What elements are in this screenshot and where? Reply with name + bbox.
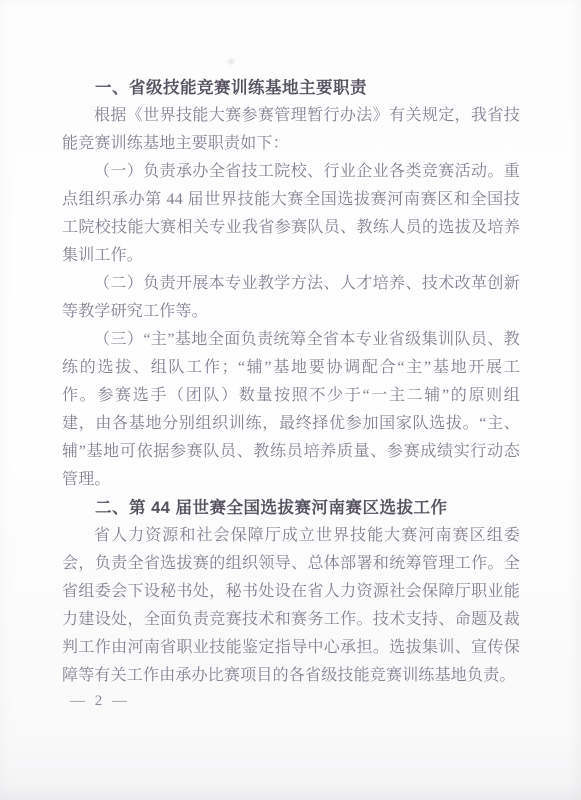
scanned-document-page: 一、省级技能竞赛训练基地主要职责根据《世界技能大赛参赛管理暂行办法》有关规定，我… (0, 0, 581, 800)
text-line: 力建设处，全面负责竞赛技术和赛务工作。技术支持、命题及裁 (62, 606, 520, 634)
text-line: 点组织承办第 44 届世界技能大赛全国选拔赛河南赛区和全国技 (62, 186, 520, 214)
text-line: 工院校技能大赛相关专业我省参赛队员、教练人员的选拔及培养 (62, 214, 520, 242)
text-line: 判工作由河南省职业技能鉴定指导中心承担。选拔集训、宣传保 (62, 634, 520, 662)
section-heading: 二、第 44 届世赛全国选拔赛河南赛区选拔工作 (62, 494, 520, 522)
text-line: （三）“主”基地全面负责统筹全省本专业省级集训队员、教 (62, 326, 520, 354)
paragraph: 根据《世界技能大赛参赛管理暂行办法》有关规定，我省技能竞赛训练基地主要职责如下： (62, 102, 520, 158)
text-line: 能竞赛训练基地主要职责如下： (62, 130, 520, 158)
paragraph: 省人力资源和社会保障厅成立世界技能大赛河南赛区组委会，负责全省选拔赛的组织领导、… (62, 522, 520, 690)
paragraph: （二）负责开展本专业教学方法、人才培养、技术改革创新等教学研究工作等。 (62, 270, 520, 326)
text-line: 省人力资源和社会保障厅成立世界技能大赛河南赛区组委 (62, 522, 520, 550)
text-line: 辅”基地可依据参赛队员、教练员培养质量、参赛成绩实行动态 (62, 438, 520, 466)
document-content: 一、省级技能竞赛训练基地主要职责根据《世界技能大赛参赛管理暂行办法》有关规定，我… (62, 74, 520, 690)
text-line: 管理。 (62, 466, 520, 494)
paragraph: （三）“主”基地全面负责统筹全省本专业省级集训队员、教练的选拔、组队工作；“辅”… (62, 326, 520, 494)
text-line: 练的选拔、组队工作；“辅”基地要协调配合“主”基地开展工 (62, 354, 520, 382)
text-line: 作。参赛选手（团队）数量按照不少于“一主二辅”的原则组 (62, 382, 520, 410)
section-heading: 一、省级技能竞赛训练基地主要职责 (62, 74, 520, 102)
text-line: （一）负责承办全省技工院校、行业企业各类竞赛活动。重 (62, 158, 520, 186)
text-line: 障等有关工作由承办比赛项目的各省级技能竞赛训练基地负责。 (62, 662, 520, 690)
text-line: 根据《世界技能大赛参赛管理暂行办法》有关规定，我省技 (62, 102, 520, 130)
text-line: 会，负责全省选拔赛的组织领导、总体部署和统筹管理工作。全 (62, 550, 520, 578)
scan-smudge-artifact (226, 58, 236, 65)
text-line: 省组委会下设秘书处，秘书处设在省人力资源社会保障厅职业能 (62, 578, 520, 606)
text-line: （二）负责开展本专业教学方法、人才培养、技术改革创新 (62, 270, 520, 298)
paragraph: （一）负责承办全省技工院校、行业企业各类竞赛活动。重点组织承办第 44 届世界技… (62, 158, 520, 270)
page-number: — 2 — (70, 690, 130, 712)
text-line: 建，由各基地分别组织训练，最终择优参加国家队选拔。“主、 (62, 410, 520, 438)
text-line: 等教学研究工作等。 (62, 298, 520, 326)
text-line: 集训工作。 (62, 242, 520, 270)
